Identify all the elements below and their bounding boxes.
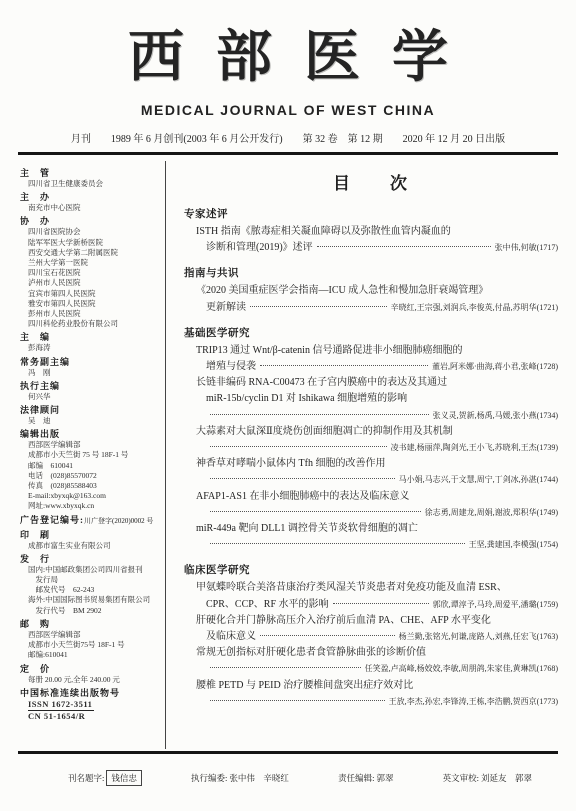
sidebar-label: 法律顾问: [20, 405, 160, 416]
sidebar-label: 定 价: [20, 664, 160, 675]
sidebar-label: 中国标准连续出版物号: [20, 688, 160, 699]
toc-item: 常规无创指标对肝硬化患者食管静脉曲张的诊断价值任笑盈,卢高峰,杨姣姣,李敏,周朋…: [184, 645, 558, 677]
toc-section-heading: 临床医学研究: [184, 562, 558, 577]
toc-dot-leader: [250, 306, 387, 307]
toc-section-heading: 专家述评: [184, 206, 558, 221]
sidebar-line: 陆军军医大学新桥医院: [20, 238, 160, 248]
footer-credit-item: 责任编辑:郭翠: [338, 772, 393, 784]
footer-credit-label: 刊名题字:: [68, 772, 104, 784]
footer-credit-label: 责任编辑:: [338, 772, 374, 784]
sidebar-inline-value: 川广登字(2020)0002 号: [84, 517, 153, 525]
footer-credit-item: 执行编委:张中伟 辛晓红: [191, 772, 289, 784]
sidebar-line: 成都市富生实业有限公司: [20, 541, 160, 551]
toc-dot-leader: [210, 414, 429, 415]
sidebar-line: 兰州大学第一医院: [20, 258, 160, 268]
sidebar-line: 邮发代号 62-243: [20, 585, 160, 595]
footer-credit-value: 刘延友 郭翠: [481, 772, 532, 784]
sidebar-line: 邮编:610041: [20, 650, 160, 660]
toc-item-line: 更新解读辛晓红,王宗强,刘润兵,李俊英,付晶,苏明华(1721): [184, 300, 558, 316]
sidebar-block: 主 办南充市中心医院: [20, 192, 160, 213]
sidebar-label: 常务副主编: [20, 357, 160, 368]
toc-item-line: AFAP1-AS1 在非小细胞肺癌中的表达及临床意义: [184, 489, 558, 505]
sidebar-line: 每册 20.00 元,全年 240.00 元: [20, 675, 160, 685]
sidebar-label: 邮 购: [20, 619, 160, 630]
sidebar-label: 广告登记编号:川广登字(2020)0002 号: [20, 515, 160, 527]
toc-dot-leader: [210, 446, 387, 447]
footer-credit-label: 执行编委:: [191, 772, 227, 784]
toc-sections: 专家述评ISTH 指南《脓毒症相关凝血障碍以及弥散性血管内凝血的诊断和管理(20…: [184, 206, 558, 710]
toc-item-line: 诊断和管理(2019)》述评张中伟,何敏(1717): [184, 240, 558, 256]
sidebar-line: 四川科伦药业股份有限公司: [20, 319, 160, 329]
issn-number: ISSN 1672-3511: [28, 699, 94, 711]
sidebar-label: 主 编: [20, 332, 160, 343]
toc-title: 目 次: [184, 169, 558, 194]
toc-item-text: CPR、CCP、RF 水平的影响: [206, 597, 329, 613]
toc-item-line: 王放,李杰,孙宏,李锋涛,王栋,李浩鹏,贺西京(1773): [184, 694, 558, 710]
toc-item-text: 诊断和管理(2019)》述评: [206, 240, 313, 256]
toc-item-line: 王坚,龚建国,李模强(1754): [184, 537, 558, 553]
sidebar-line: 何兴华: [20, 392, 160, 402]
sidebar-line: 传真 (028)85588403: [20, 481, 160, 491]
sidebar-line: 网址:www.xbyxqk.cn: [20, 501, 160, 511]
sidebar-block: 主 编彭海涛: [20, 332, 160, 353]
toc-authors-page: 徐志勇,周建龙,周娟,谢波,郑积华(1749): [425, 505, 558, 521]
sidebar-label: 协 办: [20, 216, 160, 227]
toc-item-line: 神香草对哮喘小鼠体内 Tfh 细胞的改善作用: [184, 456, 558, 472]
sidebar-line: 四川省卫生健康委员会: [20, 179, 160, 189]
toc-item-line: 常规无创指标对肝硬化患者食管静脉曲张的诊断价值: [184, 645, 558, 661]
cn-number: CN 51-1654/R: [20, 711, 160, 721]
toc-item-text: 及临床意义: [206, 629, 256, 645]
toc-authors-page: 凌书建,杨丽萍,陶剑光,王小飞,苏晓利,王杰(1739): [391, 440, 558, 456]
toc-item: 《2020 美国重症医学会指南—ICU 成人急性和慢加急肝衰竭管理》更新解读辛晓…: [184, 283, 558, 315]
sidebar-block: 主 管四川省卫生健康委员会: [20, 168, 160, 189]
toc-item: 甲氨蝶呤联合美洛昔康治疗类风湿关节炎患者对免疫功能及血清 ESR、CPR、CCP…: [184, 580, 558, 612]
toc-item: 神香草对哮喘小鼠体内 Tfh 细胞的改善作用马小娟,马志兴,于文慧,周宁,丁剑冰…: [184, 456, 558, 488]
toc-item: 大蒜素对大鼠深Ⅱ度烧伤创面细胞凋亡的抑制作用及其机制凌书建,杨丽萍,陶剑光,王小…: [184, 424, 558, 456]
toc-item-line: 肝硬化合并门静脉高压介入治疗前后血清 PA、CHE、AFP 水平变化: [184, 613, 558, 629]
journal-cover-page: 西部医学 MEDICAL JOURNAL OF WEST CHINA 月刊 19…: [0, 0, 576, 811]
toc-authors-page: 王坚,龚建国,李模强(1754): [469, 537, 558, 553]
toc-item-line: 增殖与侵袭董岩,阿米娜·曲海,蒋小君,张峰(1728): [184, 359, 558, 375]
toc-item-line: 徐志勇,周建龙,周娟,谢波,郑积华(1749): [184, 505, 558, 521]
toc-authors-page: 郭欣,谭淳予,马玲,周爱平,潘璐(1759): [433, 597, 558, 613]
toc-item-line: miR-449a 靶向 DLL1 调控骨关节炎软骨细胞的凋亡: [184, 521, 558, 537]
info-frequency: 月刊: [71, 130, 91, 145]
toc-authors-page: 张中伟,何敏(1717): [495, 240, 558, 256]
toc-item-line: 凌书建,杨丽萍,陶剑光,王小飞,苏晓利,王杰(1739): [184, 440, 558, 456]
toc-dot-leader: [210, 667, 361, 668]
toc-item-line: 及临床意义杨兰勤,张铭光,何谦,庞路人,刘燕,任宏飞(1763): [184, 629, 558, 645]
toc-item: TRIP13 通过 Wnt/β-catenin 信号通路促进非小细胞肺癌细胞的增…: [184, 343, 558, 375]
toc-dot-leader: [333, 603, 429, 604]
sidebar-block: 印 刷成都市富生实业有限公司: [20, 530, 160, 551]
toc-item-line: 张义灵,贺新,杨禹,马媛,张小燕(1734): [184, 408, 558, 424]
toc-item-line: TRIP13 通过 Wnt/β-catenin 信号通路促进非小细胞肺癌细胞的: [184, 343, 558, 359]
sidebar-block: 定 价每册 20.00 元,全年 240.00 元: [20, 664, 160, 685]
toc-section: 基础医学研究TRIP13 通过 Wnt/β-catenin 信号通路促进非小细胞…: [184, 325, 558, 554]
sidebar: 主 管四川省卫生健康委员会主 办南充市中心医院协 办四川省医院协会陆军军医大学新…: [18, 161, 166, 749]
sidebar-label: 主 管: [20, 168, 160, 179]
toc-section: 临床医学研究甲氨蝶呤联合美洛昔康治疗类风湿关节炎患者对免疫功能及血清 ESR、C…: [184, 562, 558, 710]
sidebar-line: 冯 刚: [20, 368, 160, 378]
sidebar-line: 雅安市第四人民医院: [20, 299, 160, 309]
sidebar-line: 发行局: [20, 575, 160, 585]
sidebar-line: 海外:中国国际图书贸易集团有限公司: [20, 595, 160, 605]
sidebar-line: 成都市小天竺街75号 18F-1 号: [20, 640, 160, 650]
sidebar-line: 邮编 610041: [20, 461, 160, 471]
toc-item-line: 马小娟,马志兴,于文慧,周宁,丁剑冰,孙湛(1744): [184, 472, 558, 488]
toc-authors-page: 辛晓红,王宗强,刘润兵,李俊英,付晶,苏明华(1721): [391, 300, 558, 316]
sidebar-line: 彭海涛: [20, 343, 160, 353]
sidebar-label: 主 办: [20, 192, 160, 203]
sidebar-block: 协 办四川省医院协会陆军军医大学新桥医院西安交通大学第二附属医院兰州大学第一医院…: [20, 216, 160, 329]
sidebar-line: 吴 迪: [20, 416, 160, 426]
toc-item-text: 更新解读: [206, 300, 246, 316]
sidebar-block: 执行主编何兴华: [20, 381, 160, 402]
masthead: 西部医学 MEDICAL JOURNAL OF WEST CHINA 月刊 19…: [18, 22, 558, 145]
toc-item-line: 大蒜素对大鼠深Ⅱ度烧伤创面细胞凋亡的抑制作用及其机制: [184, 424, 558, 440]
sidebar-line: 四川省医院协会: [20, 227, 160, 237]
sidebar-block: 编辑出版西部医学编辑部成都市小天竺街 75 号 18F-1 号邮编 610041…: [20, 429, 160, 511]
sidebar-line: 西部医学编辑部: [20, 440, 160, 450]
sidebar-block: 常务副主编冯 刚: [20, 357, 160, 378]
toc-item-line: 长链非编码 RNA-C00473 在子宫内膜癌中的表达及其通过: [184, 375, 558, 391]
journal-title-english: MEDICAL JOURNAL OF WEST CHINA: [18, 102, 558, 118]
toc-item-line: miR-15b/cyclin D1 对 Ishikawa 细胞增殖的影响: [184, 391, 558, 407]
issn-row: ISSN 1672-3511: [20, 699, 160, 711]
sidebar-line: 西安交通大学第二附属医院: [20, 248, 160, 258]
toc-authors-page: 任笑盈,卢高峰,杨姣姣,李敏,周朋鸽,朱家佳,黄琳凯(1768): [365, 661, 558, 677]
footer-credit-item: 刊名题字:钱信忠: [68, 770, 142, 786]
toc-item: miR-449a 靶向 DLL1 调控骨关节炎软骨细胞的凋亡王坚,龚建国,李模强…: [184, 521, 558, 553]
toc-item-line: CPR、CCP、RF 水平的影响郭欣,谭淳予,马玲,周爱平,潘璐(1759): [184, 597, 558, 613]
sidebar-block: 发 行国内:中国邮政集团公司四川省报刊 发行局 邮发代号 62-243海外:中国…: [20, 554, 160, 616]
toc-authors-page: 马小娟,马志兴,于文慧,周宁,丁剑冰,孙湛(1744): [399, 472, 558, 488]
footer-credit-label: 英文审校:: [443, 772, 479, 784]
toc-item: 腰椎 PETD 与 PEID 治疗腰椎间盘突出症疗效对比王放,李杰,孙宏,李锋涛…: [184, 678, 558, 710]
toc-dot-leader: [317, 246, 491, 247]
toc-item-line: 《2020 美国重症医学会指南—ICU 成人急性和慢加急肝衰竭管理》: [184, 283, 558, 299]
toc-item-line: 任笑盈,卢高峰,杨姣姣,李敏,周朋鸽,朱家佳,黄琳凯(1768): [184, 661, 558, 677]
sidebar-block: 法律顾问吴 迪: [20, 405, 160, 426]
footer-credit-value: 张中伟 辛晓红: [229, 772, 289, 784]
footer-credits: 刊名题字:钱信忠执行编委:张中伟 辛晓红责任编辑:郭翠英文审校:刘延友 郭翠: [18, 754, 558, 786]
sidebar-line: 国内:中国邮政集团公司四川省报刊: [20, 565, 160, 575]
sidebar-line: 发行代号 BM 2902: [20, 606, 160, 616]
toc-authors-page: 董岩,阿米娜·曲海,蒋小君,张峰(1728): [432, 359, 558, 375]
info-volume: 第 32 卷: [303, 130, 338, 145]
toc-item: 肝硬化合并门静脉高压介入治疗前后血清 PA、CHE、AFP 水平变化及临床意义杨…: [184, 613, 558, 645]
sidebar-line: 四川宝石花医院: [20, 268, 160, 278]
toc-dot-leader: [210, 478, 395, 479]
toc-dot-leader: [210, 543, 465, 544]
toc-item-line: 甲氨蝶呤联合美洛昔康治疗类风湿关节炎患者对免疫功能及血清 ESR、: [184, 580, 558, 596]
toc-section-heading: 指南与共识: [184, 265, 558, 280]
footer-credit-item: 英文审校:刘延友 郭翠: [443, 772, 532, 784]
toc-section-heading: 基础医学研究: [184, 325, 558, 340]
sidebar-label: 编辑出版: [20, 429, 160, 440]
header-rule: [18, 152, 558, 155]
toc-dot-leader: [260, 635, 395, 636]
toc-item: AFAP1-AS1 在非小细胞肺癌中的表达及临床意义徐志勇,周建龙,周娟,谢波,…: [184, 489, 558, 521]
toc-item: ISTH 指南《脓毒症相关凝血障碍以及弥散性血管内凝血的诊断和管理(2019)》…: [184, 224, 558, 256]
sidebar-line: E-mail:xbyxqk@163.com: [20, 491, 160, 501]
content-area: 主 管四川省卫生健康委员会主 办南充市中心医院协 办四川省医院协会陆军军医大学新…: [18, 161, 558, 749]
info-issue: 第 12 期: [348, 130, 383, 145]
toc-item: 长链非编码 RNA-C00473 在子宫内膜癌中的表达及其通过miR-15b/c…: [184, 375, 558, 424]
toc-item-line: 腰椎 PETD 与 PEID 治疗腰椎间盘突出症疗效对比: [184, 678, 558, 694]
sidebar-label: 执行主编: [20, 381, 160, 392]
toc-authors-page: 王放,李杰,孙宏,李锋涛,王栋,李浩鹏,贺西京(1773): [389, 694, 558, 710]
toc-item-text: 增殖与侵袭: [206, 359, 256, 375]
sidebar-line: 南充市中心医院: [20, 203, 160, 213]
sidebar-line: 电话 (028)85570072: [20, 471, 160, 481]
sidebar-line: 西部医学编辑部: [20, 630, 160, 640]
footer-credit-value: 郭翠: [376, 772, 393, 784]
toc-item-line: ISTH 指南《脓毒症相关凝血障碍以及弥散性血管内凝血的: [184, 224, 558, 240]
publication-info: 月刊 1989 年 6 月创刊(2003 年 6 月公开发行) 第 32 卷 第…: [18, 130, 558, 145]
toc-section: 指南与共识《2020 美国重症医学会指南—ICU 成人急性和慢加急肝衰竭管理》更…: [184, 265, 558, 315]
toc-dot-leader: [210, 700, 385, 701]
sidebar-line: 彭州市人民医院: [20, 309, 160, 319]
toc-authors-page: 杨兰勤,张铭光,何谦,庞路人,刘燕,任宏飞(1763): [399, 629, 558, 645]
sidebar-line: 泸州市人民医院: [20, 278, 160, 288]
sidebar-label: 印 刷: [20, 530, 160, 541]
sidebar-block: 广告登记编号:川广登字(2020)0002 号: [20, 515, 160, 527]
info-founded: 1989 年 6 月创刊(2003 年 6 月公开发行): [111, 130, 283, 145]
sidebar-label: 发 行: [20, 554, 160, 565]
info-publish-date: 2020 年 12 月 20 日出版: [403, 130, 506, 145]
footer-credit-value: 钱信忠: [106, 770, 142, 786]
sidebar-block: 邮 购西部医学编辑部成都市小天竺街75号 18F-1 号邮编:610041: [20, 619, 160, 661]
toc-dot-leader: [210, 511, 421, 512]
journal-title-calligraphy: 西部医学: [18, 22, 558, 94]
sidebar-line: 成都市小天竺街 75 号 18F-1 号: [20, 450, 160, 460]
sidebar-line: 宜宾市第四人民医院: [20, 289, 160, 299]
toc-section: 专家述评ISTH 指南《脓毒症相关凝血障碍以及弥散性血管内凝血的诊断和管理(20…: [184, 206, 558, 256]
toc-authors-page: 张义灵,贺新,杨禹,马媛,张小燕(1734): [433, 408, 558, 424]
toc-dot-leader: [260, 365, 428, 366]
sidebar-block: 中国标准连续出版物号ISSN 1672-3511CN 51-1654/R: [20, 688, 160, 721]
toc: 目 次 专家述评ISTH 指南《脓毒症相关凝血障碍以及弥散性血管内凝血的诊断和管…: [166, 161, 558, 749]
info-volume-issue: 第 32 卷 第 12 期: [303, 130, 383, 145]
